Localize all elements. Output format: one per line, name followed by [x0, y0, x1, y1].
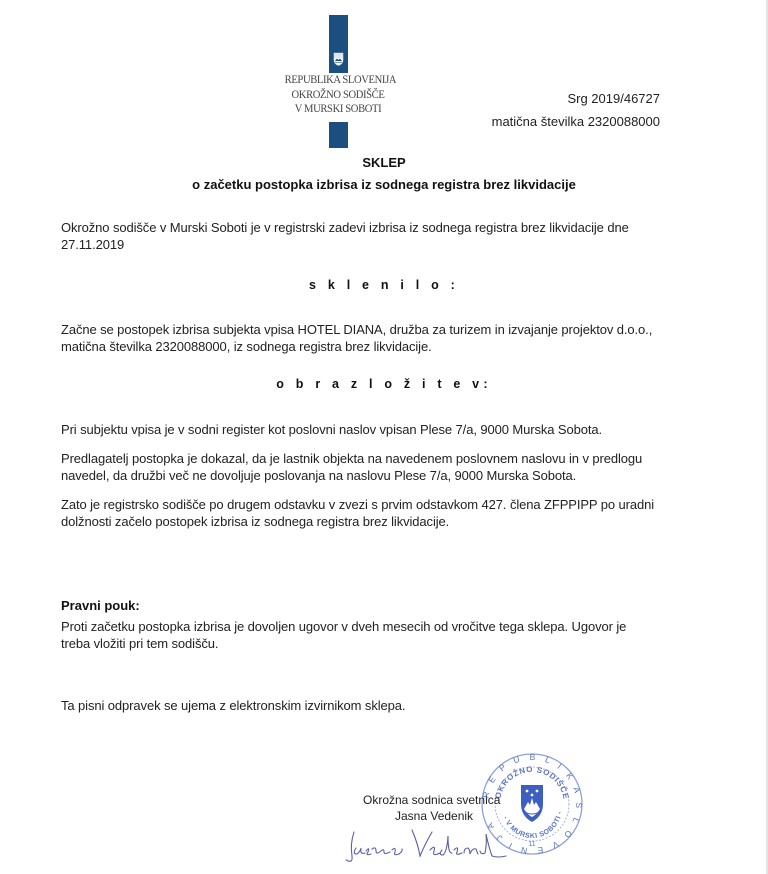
reasoning-line: navedel, da družbi več ne dovoljuje posl… — [61, 467, 681, 484]
legal-notice-line: Proti začetku postopka izbrisa je dovolj… — [61, 618, 681, 635]
decision-paragraph: Začne se postopek izbrisa subjekta vpisa… — [61, 321, 681, 355]
handwritten-signature — [340, 824, 510, 868]
case-reference: Srg 2019/46727 — [567, 91, 660, 106]
intro-line: Okrožno sodišče v Murski Soboti je v reg… — [61, 219, 681, 236]
certification-text: Ta pisni odpravek se ujema z elektronski… — [61, 697, 681, 714]
reasoning-line: Pri subjektu vpisa je v sodni register k… — [61, 421, 681, 438]
document-subtitle: o začetku postopka izbrisa iz sodnega re… — [0, 177, 768, 192]
signatory-role: Okrožna sodnica svetnica — [363, 793, 500, 807]
slovenia-coat-of-arms-icon — [521, 785, 543, 822]
slovenia-coat-of-arms-icon — [333, 52, 344, 66]
legal-notice-paragraph: Proti začetku postopka izbrisa je dovolj… — [61, 618, 681, 652]
decision-line: matična številka 2320088000, iz sodnega … — [61, 338, 681, 355]
logo-bar-bottom — [329, 122, 348, 148]
reasoning-line: Predlagatelj postopka je dokazal, da je … — [61, 450, 681, 467]
reasoning-line: Zato je registrsko sodišče po drugem ods… — [61, 496, 681, 513]
stamp-number: 11 — [528, 841, 535, 848]
signatory-name: Jasna Vedenik — [395, 809, 473, 823]
logo-line-city: V MURSKI SOBOTI — [285, 102, 392, 117]
logo-line-republic: REPUBLIKA SLOVENIJA — [285, 73, 392, 88]
logo-text: REPUBLIKA SLOVENIJA OKROŽNO SODIŠČE V MU… — [285, 73, 392, 117]
intro-paragraph: Okrožno sodišče v Murski Soboti je v reg… — [61, 219, 681, 253]
legal-notice-heading: Pravni pouk: — [61, 598, 140, 613]
document-title: SKLEP — [0, 155, 768, 170]
legal-notice-line: treba vložiti pri tem sodišču. — [61, 635, 681, 652]
reasoning-paragraph: Zato je registrsko sodišče po drugem ods… — [61, 496, 681, 530]
logo-line-court: OKROŽNO SODIŠČE — [285, 88, 392, 103]
reasoning-line: dolžnosti začelo postopek izbrisa iz sod… — [61, 513, 681, 530]
reasoning-heading: o b r a z l o ž i t e v: — [0, 377, 768, 391]
registration-number: matična številka 2320088000 — [492, 114, 660, 129]
intro-date: 27.11.2019 — [61, 236, 681, 253]
reasoning-paragraph: Predlagatelj postopka je dokazal, da je … — [61, 450, 681, 484]
reasoning-paragraph: Pri subjektu vpisa je v sodni register k… — [61, 421, 681, 438]
decision-line: Začne se postopek izbrisa subjekta vpisa… — [61, 321, 681, 338]
decision-heading: s k l e n i l o : — [0, 278, 768, 292]
